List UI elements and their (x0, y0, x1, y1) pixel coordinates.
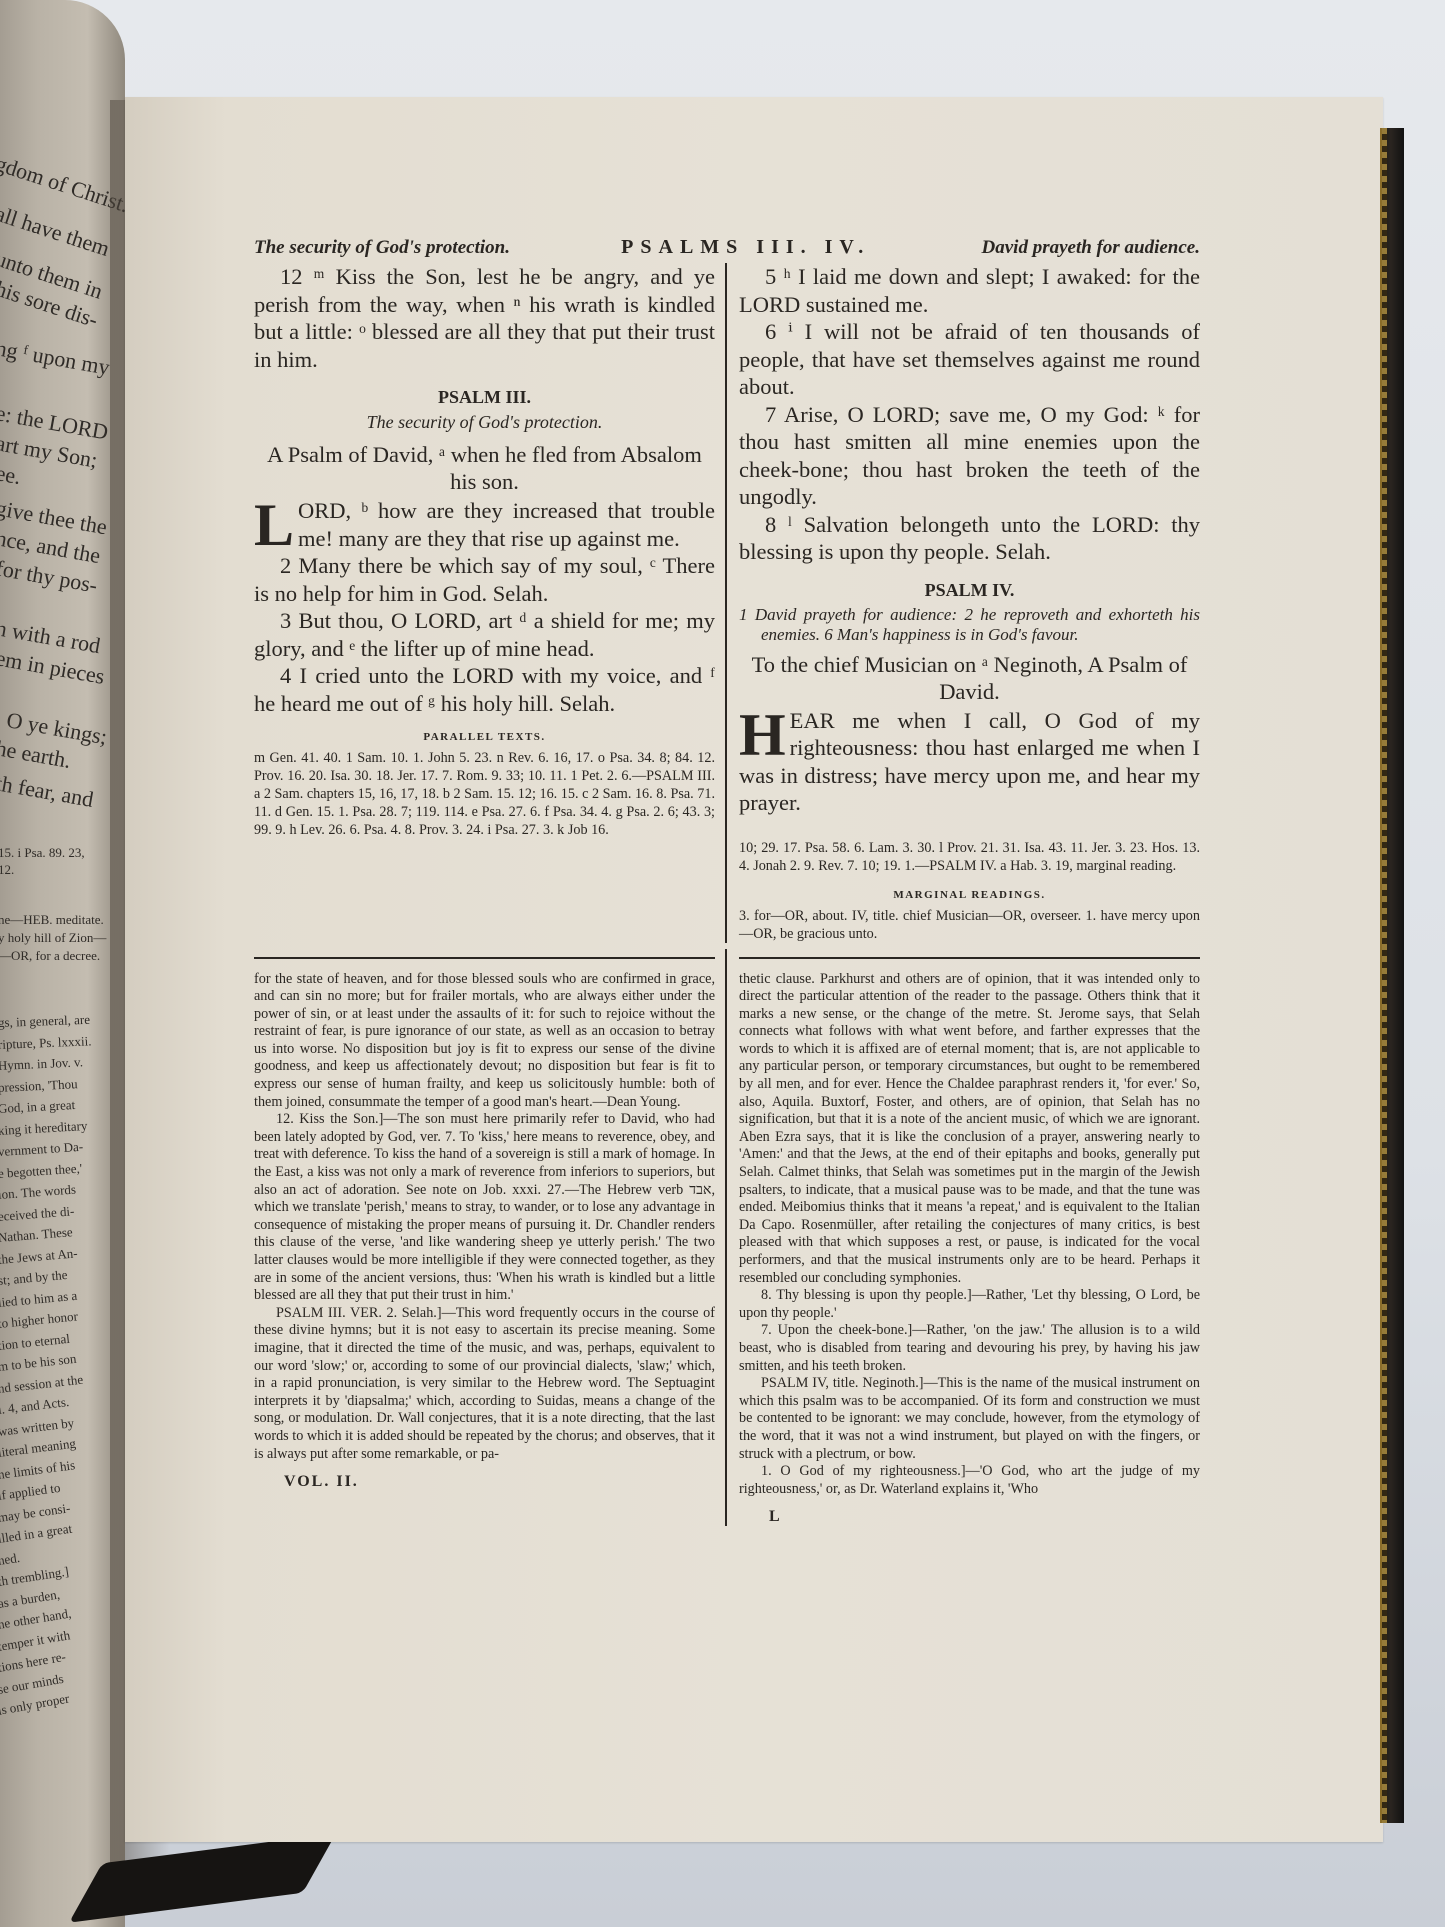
psalm-3-verse-5: 5 ʰ I laid me down and slept; I awaked: … (739, 263, 1200, 318)
left-page-text-fragment: th fear, and (0, 770, 95, 813)
psalm-3-subtitle: The security of God's protection. (254, 412, 715, 433)
psalm-3-verse-4: 4 I cried unto the LORD with my voice, a… (254, 662, 715, 717)
left-page-commentary-fragment: God, in a great (0, 1097, 76, 1117)
scripture-column-left: 12 ᵐ Kiss the Son, lest he be angry, and… (254, 263, 725, 943)
psalm-4-superscription: To the chief Musician on ᵃ Neginoth, A P… (739, 651, 1200, 705)
left-page-commentary-fragment: vernment to Da- (0, 1139, 84, 1160)
parallel-texts-label: PARALLEL TEXTS. (254, 731, 715, 743)
left-page-commentary-fragment: gs, in general, are (0, 1012, 90, 1031)
commentary-paragraph: 7. Upon the cheek-bone.]—Rather, 'on the… (739, 1322, 1200, 1375)
left-page-commentary-fragment: king it hereditary (0, 1117, 88, 1138)
marginal-readings-label: MARGINAL READINGS. (739, 889, 1200, 901)
parallel-texts: m Gen. 41. 40. 1 Sam. 10. 1. John 5. 23.… (254, 749, 715, 839)
left-page-commentary-fragment: m to be his son (0, 1351, 77, 1375)
left-page-curled: gdom of Christ.all have themunto them in… (0, 0, 125, 1927)
left-page-commentary-fragment: e begotten thee,' (0, 1160, 83, 1181)
psalm-3-verse-1: LORD, ᵇ how are they increased that trou… (254, 497, 715, 552)
left-page-ref-fragment: 15. i Psa. 89. 23, (0, 845, 85, 861)
left-page-ref-fragment: 12. (0, 862, 14, 878)
left-page-commentary-fragment: nd session at the (0, 1371, 84, 1396)
left-page-commentary-fragment: Hymn. in Jov. v. (0, 1054, 83, 1074)
left-page-commentary-fragment: the Jews at An- (0, 1245, 78, 1268)
psalm-3-superscription: A Psalm of David, ᵃ when he fled from Ab… (254, 441, 715, 495)
psalm-3-title: PSALM III. (254, 387, 715, 408)
divider (254, 957, 715, 959)
left-page-commentary-fragment: illed in a great (0, 1521, 73, 1547)
commentary-paragraph: for the state of heaven, and for those b… (254, 971, 715, 1112)
commentary-paragraph: PSALM IV, title. Neginoth.]—This is the … (739, 1375, 1200, 1463)
commentary-paragraph: 1. O God of my righteousness.]—'O God, w… (739, 1463, 1200, 1498)
psalm-3-verse-3: 3 But thou, O LORD, art ᵈ a shield for m… (254, 607, 715, 662)
running-head-right: David prayeth for audience. (982, 237, 1200, 259)
running-head-title: PSALMS III. IV. (621, 236, 870, 259)
drop-cap: H (739, 711, 786, 759)
parallel-texts-continued: 10; 29. 17. Psa. 58. 6. Lam. 3. 30. l Pr… (739, 839, 1200, 875)
left-page-commentary-fragment: was written by (0, 1415, 75, 1440)
psalm-3-verse-2: 2 Many there be which say of my soul, ᶜ … (254, 552, 715, 607)
left-page-commentary-fragment: st; and by the (0, 1267, 68, 1289)
verse-text: EAR me when I call, O God of my righteou… (739, 708, 1200, 816)
commentary-paragraph: thetic clause. Parkhurst and others are … (739, 971, 1200, 1288)
psalm-4-verse-1: HEAR me when I call, O God of my righteo… (739, 707, 1200, 817)
running-head: The security of God's protection. PSALMS… (254, 236, 1200, 259)
left-page-text-fragment: ee. (0, 460, 23, 490)
left-page-commentary-fragment: ripture, Ps. lxxxii. (0, 1033, 92, 1053)
left-page-text-fragment: ng ᶠ upon my (0, 335, 112, 381)
left-page-commentary-fragment: lied to him as a (0, 1287, 78, 1310)
commentary-column-right: thetic clause. Parkhurst and others are … (725, 949, 1200, 1527)
left-page-ref-fragment: y holy hill of Zion— (0, 930, 106, 946)
left-page-commentary-fragment: if applied to (0, 1480, 61, 1504)
scripture-columns: 12 ᵐ Kiss the Son, lest he be angry, and… (254, 263, 1200, 943)
left-page-commentary-fragment: pression, 'Thou (0, 1076, 78, 1096)
left-page-commentary-fragment: eceived the di- (0, 1203, 75, 1225)
scripture-column-right: 5 ʰ I laid me down and slept; I awaked: … (725, 263, 1200, 943)
commentary-columns: for the state of heaven, and for those b… (254, 949, 1200, 1527)
psalm-3-verse-8: 8 ˡ Salvation belongeth unto the LORD: t… (739, 511, 1200, 566)
psalm-3-verse-7: 7 Arise, O LORD; save me, O my God: ᵏ fo… (739, 401, 1200, 511)
left-page-commentary-fragment: tion to eternal (0, 1330, 71, 1353)
signature-mark: VOL. II. (284, 1473, 715, 1491)
commentary-paragraph: PSALM III. VER. 2. Selah.]—This word fre… (254, 1305, 715, 1463)
left-page-ref-fragment: ne—HEB. meditate. (0, 912, 104, 928)
marginal-readings: 3. for—OR, about. IV, title. chief Music… (739, 907, 1200, 943)
book-cover-edge-gilt (1380, 128, 1404, 1823)
left-page-commentary-fragment: hed. (0, 1549, 21, 1568)
left-page-ref-fragment: —OR, for a decree. (0, 948, 100, 964)
left-page-commentary-fragment: Nathan. These (0, 1224, 73, 1246)
left-page-commentary-fragment: ion. The words (0, 1182, 76, 1203)
verse-2-12: 12 ᵐ Kiss the Son, lest he be angry, and… (254, 263, 715, 373)
page-content: The security of God's protection. PSALMS… (254, 236, 1200, 1526)
signature-mark: L (769, 1508, 1200, 1526)
psalm-3-verse-6: 6 ⁱ I will not be afraid of ten thousand… (739, 318, 1200, 401)
commentary-paragraph: 8. Thy blessing is upon thy people.]—Rat… (739, 1287, 1200, 1322)
psalm-4-summary: 1 David prayeth for audience: 2 he repro… (739, 605, 1200, 645)
running-head-left: The security of God's protection. (254, 237, 510, 259)
commentary-paragraph: 12. Kiss the Son.]—The son must here pri… (254, 1111, 715, 1305)
commentary-column-left: for the state of heaven, and for those b… (254, 949, 725, 1527)
verse-text: ORD, ᵇ how are they increased that troub… (298, 498, 715, 551)
psalm-4-title: PSALM IV. (739, 580, 1200, 601)
drop-cap: L (254, 501, 294, 549)
left-page-commentary-fragment: literal meaning (0, 1436, 77, 1461)
left-page-commentary-fragment: th trembling.] (0, 1564, 70, 1590)
left-page-commentary-fragment: i. 4, and Acts. (0, 1394, 70, 1418)
left-page-commentary-fragment: to higher honor (0, 1308, 79, 1332)
divider (739, 957, 1200, 959)
left-page-commentary-fragment: he limits of his (0, 1457, 76, 1483)
